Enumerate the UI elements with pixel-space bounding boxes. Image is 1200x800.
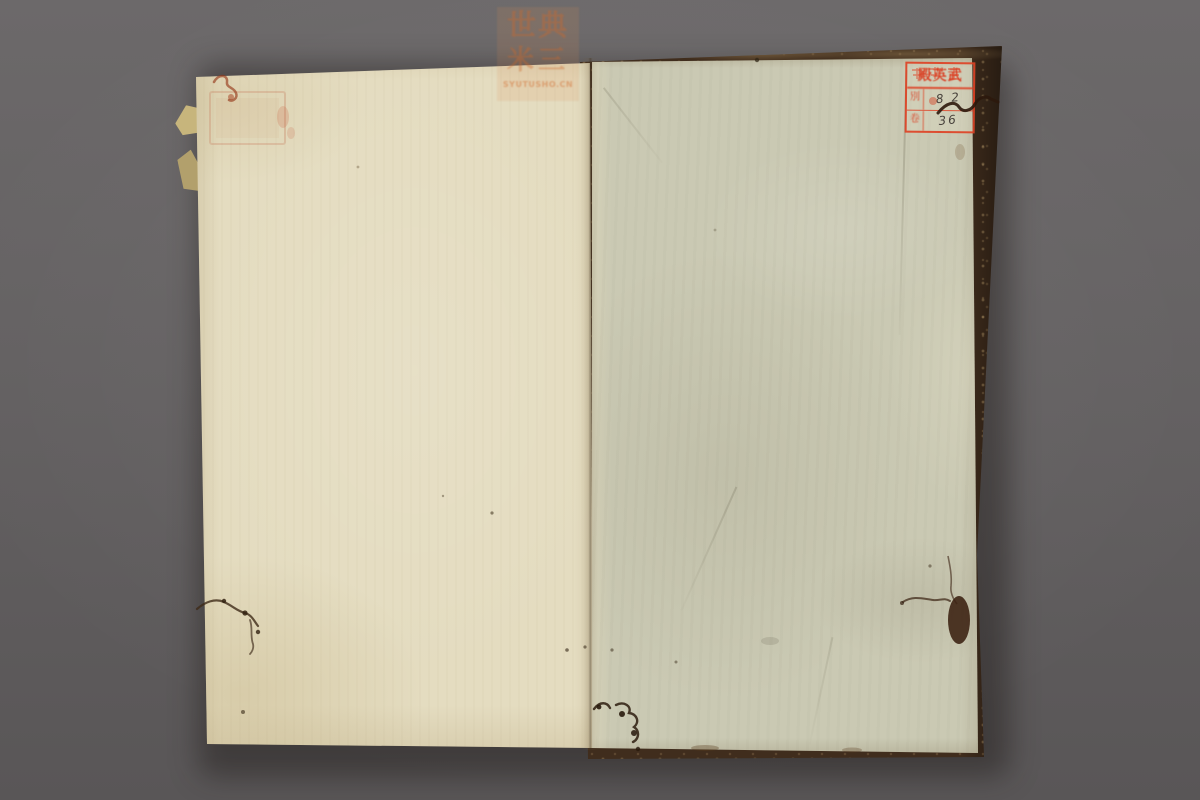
site-watermark: 世典 米三 SYUTUSHO.CN (497, 7, 579, 101)
label-row-volume: 卷 36 (907, 110, 973, 131)
photo-canvas: 殿英武 別 8 2 卷 36 (0, 0, 1200, 800)
label-value-case: 8 2 (923, 87, 974, 112)
label-key-volume: 卷 (907, 110, 924, 131)
watermark-url: SYUTUSHO.CN (497, 78, 579, 91)
paper-crease (603, 88, 663, 164)
library-call-number-label: 殿英武 別 8 2 卷 36 (905, 62, 976, 134)
watermark-glyphs-top: 世典 (497, 7, 579, 44)
label-key-case: 別 (907, 89, 924, 110)
paper-crease (809, 637, 833, 745)
spine-shadow (582, 58, 598, 750)
right-blank-page (590, 56, 978, 754)
left-blank-page (194, 60, 594, 750)
label-series-title: 殿英武 (907, 64, 973, 90)
label-value-volume: 36 (923, 108, 974, 133)
label-row-case: 別 8 2 (907, 89, 973, 111)
paper-crease (681, 487, 737, 611)
watermark-glyphs-bottom: 米三 (497, 44, 579, 78)
